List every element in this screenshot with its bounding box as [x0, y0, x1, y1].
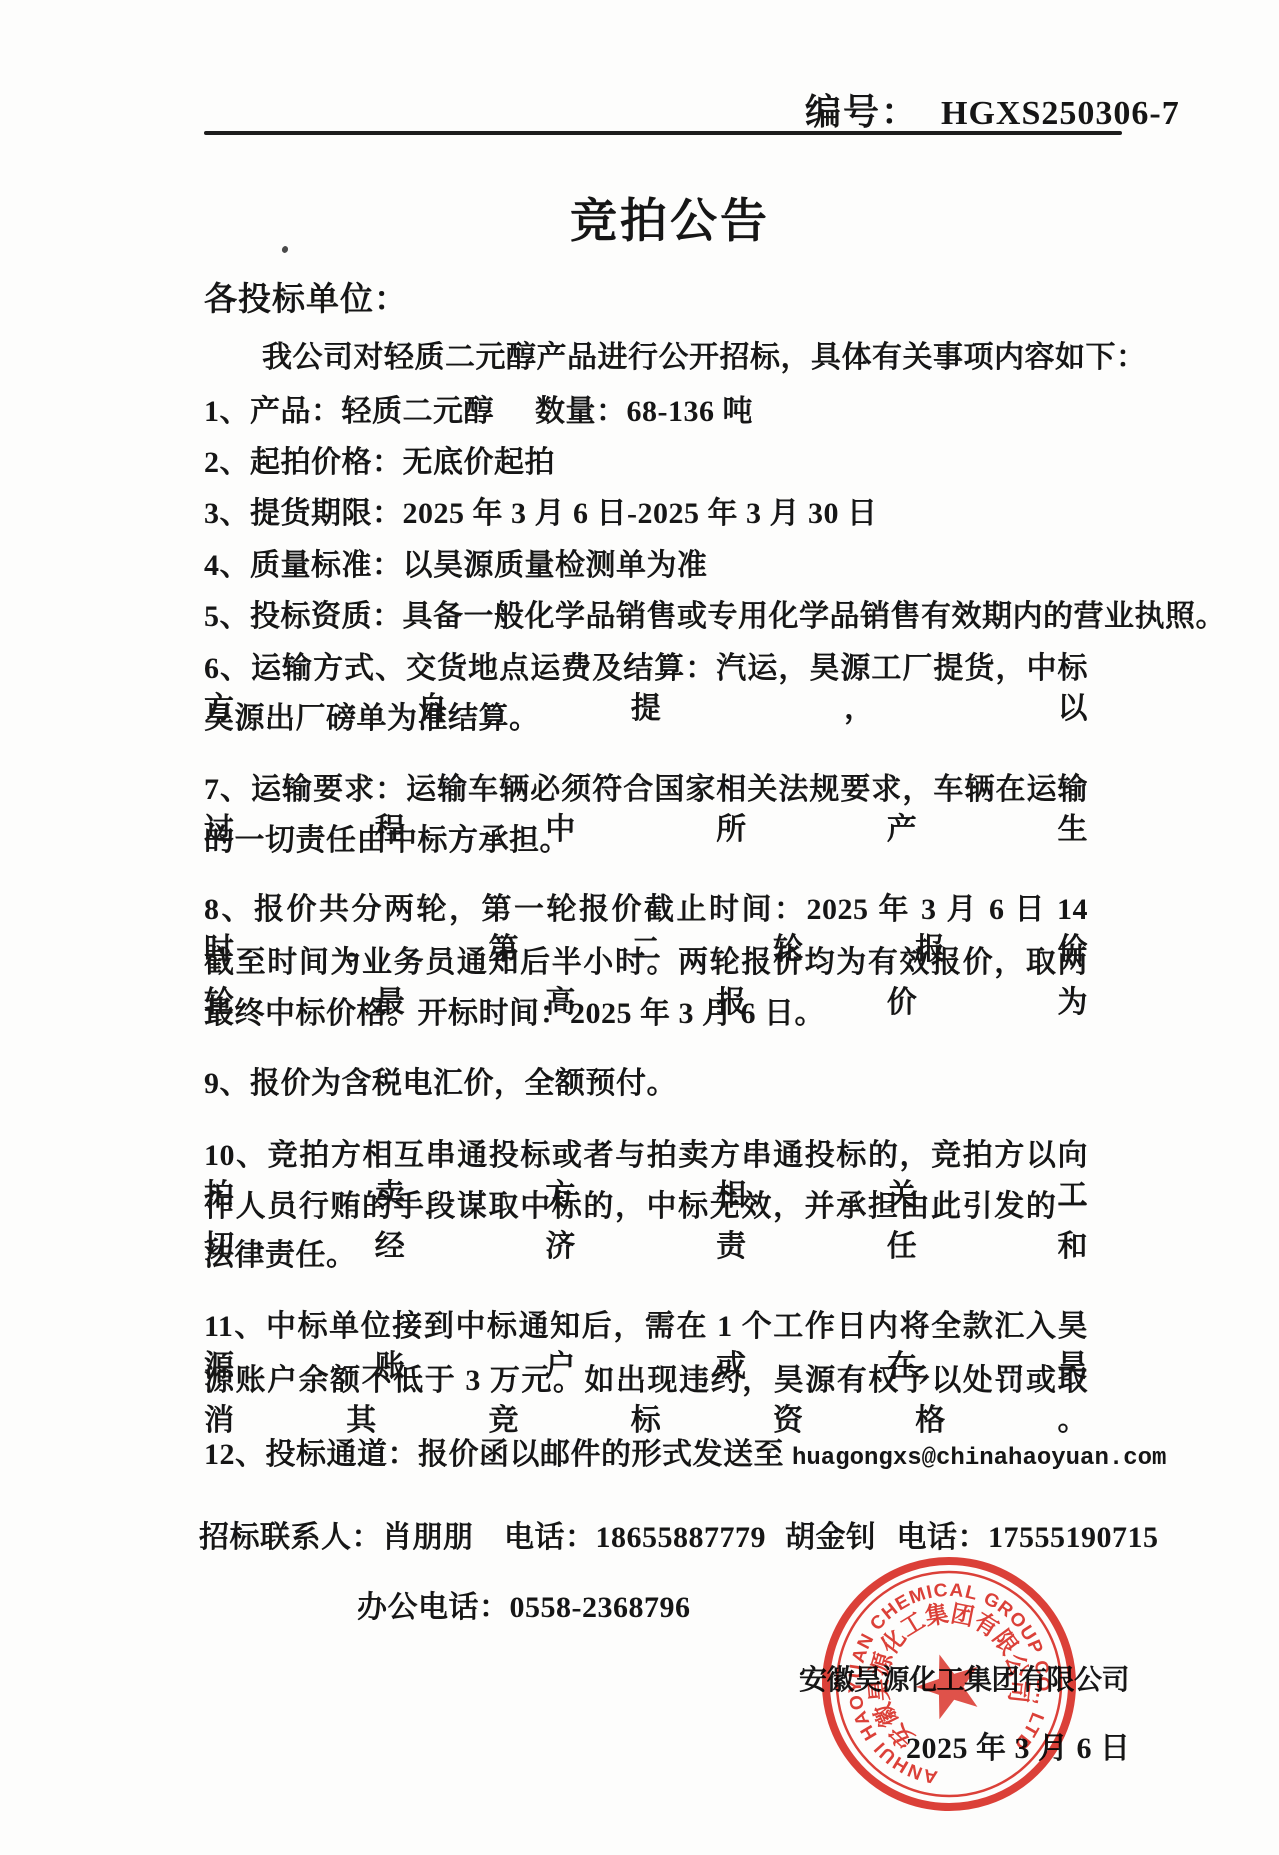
item-7-requirement-line-2: 的一切责任由中标方承担。 [204, 821, 570, 861]
item-5-bid-qualification: 5、投标资质：具备一般化学品销售或专用化学品销售有效期内的营业执照。 [204, 597, 1226, 637]
item-11-payment-line-2: 源账户余额不低于 3 万元。如出现违约，昊源有权予以处罚或取消其竞标资格。 [204, 1361, 1088, 1441]
document-number-label: 编号： [805, 84, 919, 135]
auction-notice-document: 编号： HGXS250306-7 竞拍公告 各投标单位： 我公司对轻质二元醇产品… [0, 0, 1279, 1855]
contact-person-1: 招标联系人：肖朋朋 电话：18655887779 [199, 1518, 766, 1558]
item-2-start-price: 2、起拍价格：无底价起拍 [204, 443, 555, 483]
item-12-bid-channel-text: 12、投标通道：报价函以邮件的形式发送至 [204, 1438, 792, 1471]
item-10-collusion-line-3: 法律责任。 [204, 1236, 357, 1276]
scan-speck [281, 245, 289, 254]
item-12-bid-channel: 12、投标通道：报价函以邮件的形式发送至 huagongxs@chinahaoy… [204, 1435, 1166, 1479]
page-title: 竞拍公告 [570, 196, 770, 248]
header-divider [204, 131, 1122, 135]
item-1-product: 1、产品：轻质二元醇 [204, 392, 494, 432]
item-6-transport-line-2: 昊源出厂磅单为准结算。 [204, 699, 540, 739]
company-seal-stamp: ANHUI HAOYUAN CHEMICAL GROUP CO., LTD 安徽… [804, 1539, 1094, 1829]
intro-line: 我公司对轻质二元醇产品进行公开招标，具体有关事项内容如下： [262, 338, 1147, 378]
item-3-pickup-period: 3、提货期限：2025 年 3 月 6 日-2025 年 3 月 30 日 [204, 494, 878, 534]
item-1-quantity: 数量：68-136 吨 [535, 392, 753, 432]
salutation: 各投标单位： [204, 280, 408, 320]
item-8-bidding-rounds-line-3: 最终中标价格。开标时间：2025 年 3 月 6 日。 [204, 994, 825, 1034]
item-4-quality-standard: 4、质量标准：以昊源质量检测单为准 [204, 546, 708, 586]
document-number-value: HGXS250306-7 [941, 95, 1180, 133]
item-9-price-terms: 9、报价为含税电汇价，全额预付。 [204, 1064, 677, 1104]
bid-email-address: huagongxs@chinahaoyuan.com [792, 1445, 1166, 1472]
stamp-star-icon [909, 1645, 989, 1723]
office-phone: 办公电话：0558-2368796 [357, 1588, 691, 1628]
document-number: 编号： HGXS250306-7 [805, 84, 1180, 135]
